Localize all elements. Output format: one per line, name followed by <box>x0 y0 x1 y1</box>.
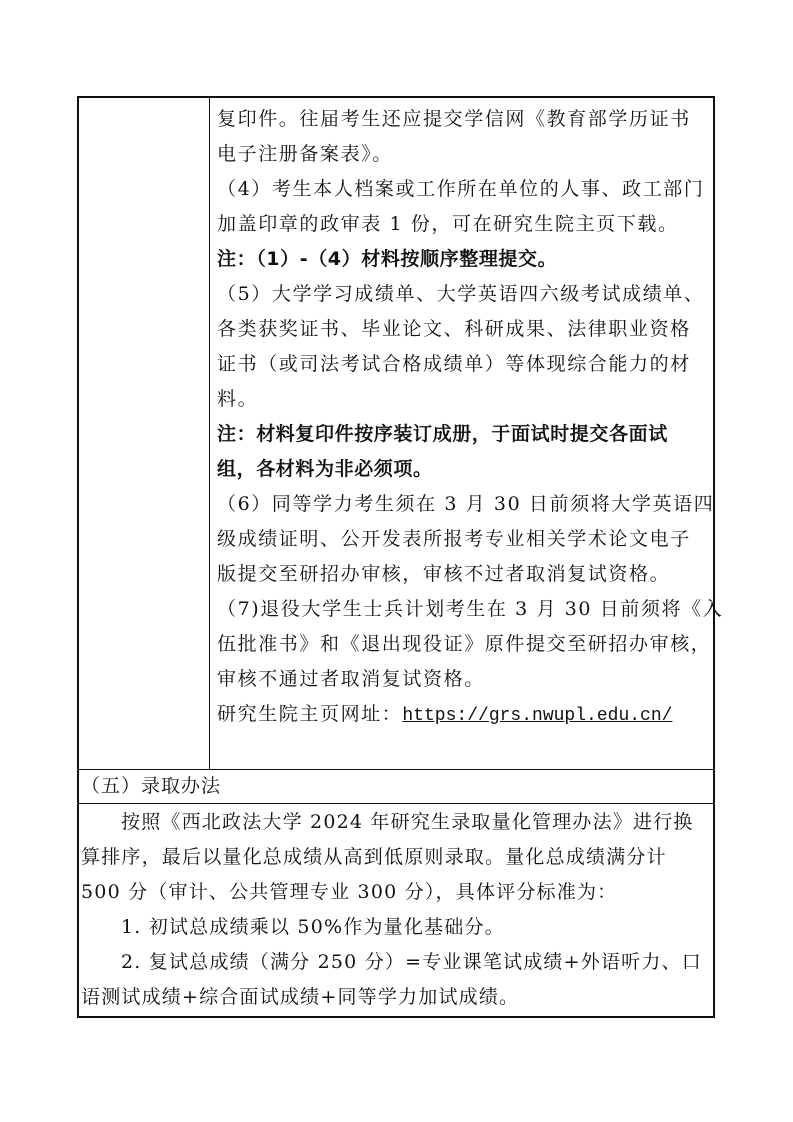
materials-line: 证书（或司法考试合格成绩单）等体现综合能力的材 <box>217 347 713 382</box>
body-paragraph-line: 按照《西北政法大学 2024 年研究生录取量化管理办法》进行换 <box>81 805 713 840</box>
materials-line: 加盖印章的政审表 1 份，可在研究生院主页下载。 <box>217 207 713 242</box>
admission-method-body: 按照《西北政法大学 2024 年研究生录取量化管理办法》进行换 算排序，最后以量… <box>79 805 713 1015</box>
materials-line: 复印件。往届考生还应提交学信网《教育部学历证书 <box>217 102 713 137</box>
materials-line: （7)退役大学生士兵计划考生在 3 月 30 日前须将《入 <box>217 592 713 627</box>
document-table: 复印件。往届考生还应提交学信网《教育部学历证书 电子注册备案表》。 （4）考生本… <box>77 96 715 1018</box>
materials-note: 组，各材料为非必须项。 <box>217 452 713 487</box>
materials-line: 级成绩证明、公开发表所报考专业相关学术论文电子 <box>217 522 713 557</box>
materials-row: 复印件。往届考生还应提交学信网《教育部学历证书 电子注册备案表》。 （4）考生本… <box>79 98 713 770</box>
homepage-label: 研究生院主页网址： <box>217 703 402 725</box>
homepage-link[interactable]: https://grs.nwupl.edu.cn/ <box>402 706 672 726</box>
materials-line: （6）同等学力考生须在 3 月 30 日前须将大学英语四 <box>217 487 713 522</box>
materials-note: 注：（1）-（4）材料按顺序整理提交。 <box>217 242 713 277</box>
materials-line: 料。 <box>217 382 713 417</box>
section-heading: （五）录取办法 <box>79 770 713 804</box>
body-list-item: 语测试成绩+综合面试成绩+同等学力加试成绩。 <box>81 980 713 1015</box>
materials-line: （5）大学学习成绩单、大学英语四六级考试成绩单、 <box>217 277 713 312</box>
row-label-cell <box>79 98 210 769</box>
materials-line: 审核不通过者取消复试资格。 <box>217 662 713 697</box>
materials-line: 伍批准书》和《退出现役证》原件提交至研招办审核， <box>217 627 713 662</box>
body-list-item: 1. 初试总成绩乘以 50%作为量化基础分。 <box>81 910 713 945</box>
materials-line: 电子注册备案表》。 <box>217 137 713 172</box>
homepage-line: 研究生院主页网址：https://grs.nwupl.edu.cn/ <box>217 697 713 732</box>
body-list-item: 2. 复试总成绩（满分 250 分）=专业课笔试成绩+外语听力、口 <box>81 945 713 980</box>
body-paragraph-line: 算排序，最后以量化总成绩从高到低原则录取。量化总成绩满分计 <box>81 840 713 875</box>
materials-cell: 复印件。往届考生还应提交学信网《教育部学历证书 电子注册备案表》。 （4）考生本… <box>210 98 713 769</box>
materials-line: 版提交至研招办审核，审核不过者取消复试资格。 <box>217 557 713 592</box>
body-paragraph-line: 500 分（审计、公共管理专业 300 分），具体评分标准为： <box>81 875 713 910</box>
materials-line: （4）考生本人档案或工作所在单位的人事、政工部门 <box>217 172 713 207</box>
materials-note: 注：材料复印件按序装订成册，于面试时提交各面试 <box>217 417 713 452</box>
materials-line: 各类获奖证书、毕业论文、科研成果、法律职业资格 <box>217 312 713 347</box>
